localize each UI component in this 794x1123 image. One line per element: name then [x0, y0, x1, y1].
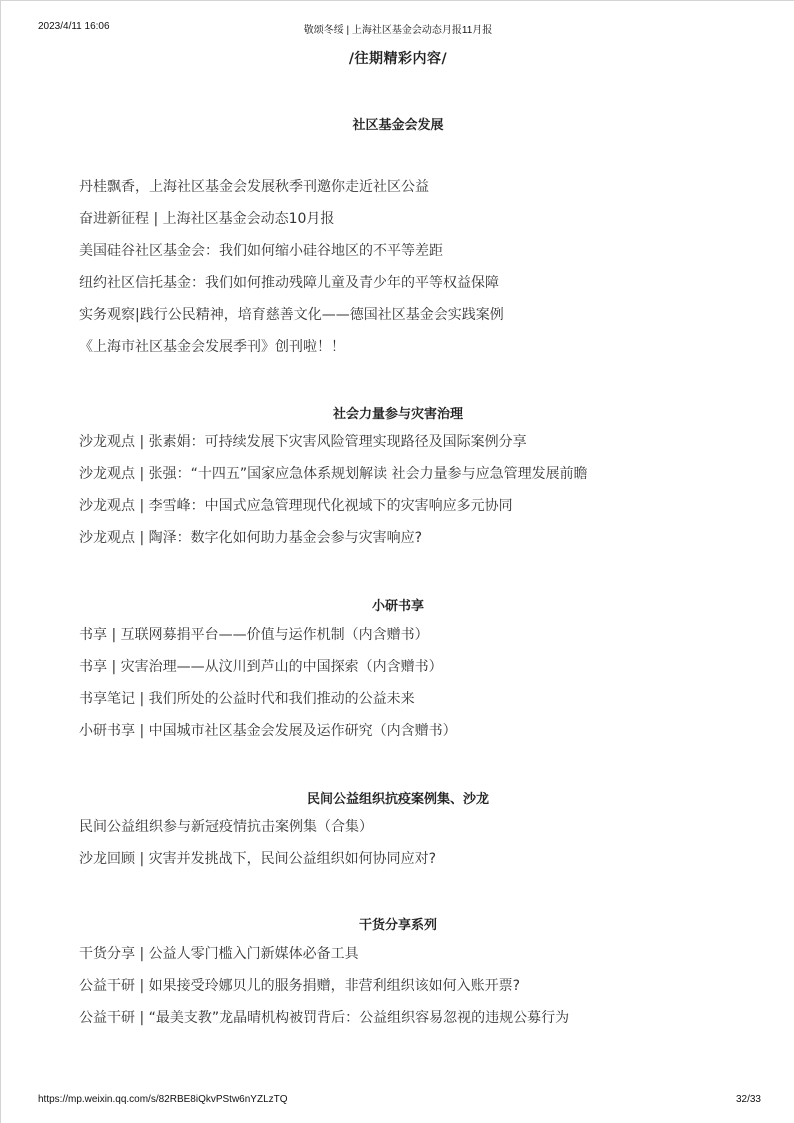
article-link[interactable]: 民间公益组织参与新冠疫情抗击案例集（合集） — [79, 816, 436, 848]
page-indicator: 32/33 — [736, 1094, 761, 1105]
article-link[interactable]: 纽约社区信托基金：我们如何推动残障儿童及青少年的平等权益保障 — [79, 272, 504, 304]
article-link[interactable]: 《上海市社区基金会发展季刊》创刊啦！！ — [79, 336, 504, 368]
article-link[interactable]: 书享 | 互联网募捐平台——价值与运作机制（内含赠书） — [79, 624, 457, 656]
article-link[interactable]: 公益干研 | 如果接受玲娜贝儿的服务捐赠，非营利组织该如何入账开票? — [79, 975, 569, 1007]
article-link[interactable]: 美国硅谷社区基金会：我们如何缩小硅谷地区的不平等差距 — [79, 240, 504, 272]
document-title: 敬颂冬绥 | 上海社区基金会动态月报11月报 — [1, 21, 794, 36]
section-heading-community-foundation: 社区基金会发展 — [1, 114, 794, 133]
article-list-practical-sharing: 干货分享 | 公益人零门槛入门新媒体必备工具 公益干研 | 如果接受玲娜贝儿的服… — [79, 943, 569, 1039]
article-list-epidemic-cases: 民间公益组织参与新冠疫情抗击案例集（合集） 沙龙回顾 | 灾害并发挑战下，民间公… — [79, 816, 436, 880]
article-link[interactable]: 沙龙观点 | 李雪峰：中国式应急管理现代化视域下的灾害响应多元协同 — [79, 495, 588, 527]
section-heading-disaster-governance: 社会力量参与灾害治理 — [1, 403, 794, 422]
section-heading-practical-sharing: 干货分享系列 — [1, 914, 794, 933]
page-title: /往期精彩内容/ — [1, 48, 794, 68]
article-link[interactable]: 丹桂飘香，上海社区基金会发展秋季刊邀你走近社区公益 — [79, 176, 504, 208]
article-list-community-foundation: 丹桂飘香，上海社区基金会发展秋季刊邀你走近社区公益 奋进新征程 | 上海社区基金… — [79, 176, 504, 368]
article-link[interactable]: 小研书享 | 中国城市社区基金会发展及运作研究（内含赠书） — [79, 720, 457, 752]
print-header: 2023/4/11 16:06 敬颂冬绥 | 上海社区基金会动态月报11月报 — [1, 21, 794, 37]
article-link[interactable]: 公益干研 | “最美支教”龙晶晴机构被罚背后：公益组织容易忽视的违规公募行为 — [79, 1007, 569, 1039]
article-link[interactable]: 奋进新征程 | 上海社区基金会动态10月报 — [79, 208, 504, 240]
source-url: https://mp.weixin.qq.com/s/82RBE8iQkvPSt… — [38, 1094, 288, 1105]
article-link[interactable]: 沙龙回顾 | 灾害并发挑战下，民间公益组织如何协同应对? — [79, 848, 436, 880]
article-link[interactable]: 沙龙观点 | 张强：“十四五”国家应急体系规划解读 社会力量参与应急管理发展前瞻 — [79, 463, 588, 495]
article-link[interactable]: 实务观察|践行公民精神，培育慈善文化——德国社区基金会实践案例 — [79, 304, 504, 336]
article-link[interactable]: 沙龙观点 | 张素娟：可持续发展下灾害风险管理实现路径及国际案例分享 — [79, 431, 588, 463]
article-link[interactable]: 干货分享 | 公益人零门槛入门新媒体必备工具 — [79, 943, 569, 975]
article-list-book-sharing: 书享 | 互联网募捐平台——价值与运作机制（内含赠书） 书享 | 灾害治理——从… — [79, 624, 457, 752]
section-heading-epidemic-cases: 民间公益组织抗疫案例集、沙龙 — [1, 788, 794, 807]
article-list-disaster-governance: 沙龙观点 | 张素娟：可持续发展下灾害风险管理实现路径及国际案例分享 沙龙观点 … — [79, 431, 588, 559]
section-heading-book-sharing: 小研书享 — [1, 595, 794, 614]
article-link[interactable]: 书享笔记 | 我们所处的公益时代和我们推动的公益未来 — [79, 688, 457, 720]
article-link[interactable]: 沙龙观点 | 陶泽：数字化如何助力基金会参与灾害响应? — [79, 527, 588, 559]
article-link[interactable]: 书享 | 灾害治理——从汶川到芦山的中国探索（内含赠书） — [79, 656, 457, 688]
